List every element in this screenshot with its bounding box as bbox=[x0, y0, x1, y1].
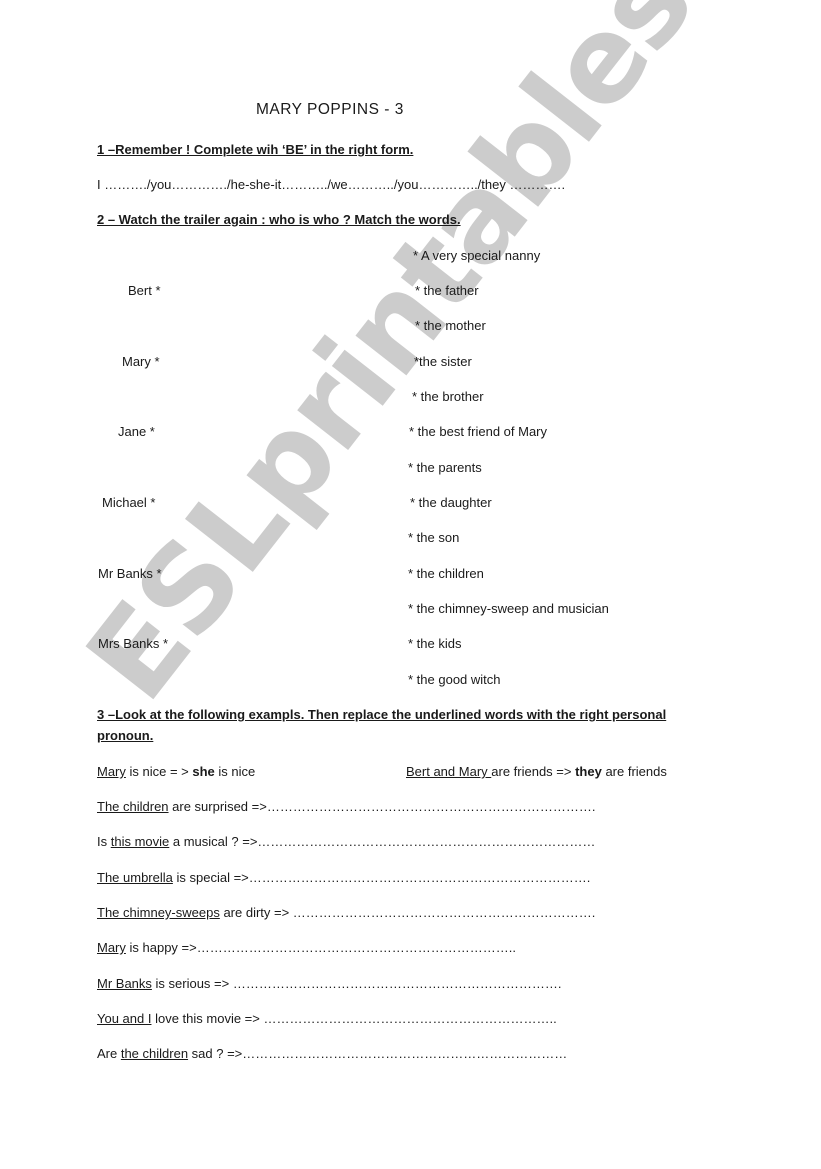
exercise-row: The children are surprised =>……………………………… bbox=[97, 799, 595, 814]
example-text: is nice bbox=[215, 764, 255, 779]
role-item: * the best friend of Mary bbox=[409, 424, 547, 439]
answer-blank: are surprised =>………………………………………………………………… bbox=[169, 799, 596, 814]
role-item: * the mother bbox=[415, 318, 486, 333]
exercise-row: Mary is happy =>………………………………………………………………… bbox=[97, 940, 516, 955]
underlined-words: You and I bbox=[97, 1011, 151, 1026]
example-pronoun: she bbox=[192, 764, 214, 779]
role-item: * A very special nanny bbox=[413, 248, 540, 263]
role-item: * the good witch bbox=[408, 672, 501, 687]
role-item: * the kids bbox=[408, 636, 461, 651]
exercise-row: The chimney-sweeps are dirty => ……………………… bbox=[97, 905, 595, 920]
role-item: * the chimney-sweep and musician bbox=[408, 601, 609, 616]
example-pronoun: they bbox=[575, 764, 602, 779]
role-item: * the brother bbox=[412, 389, 484, 404]
answer-blank: sad ? =>………………………………………………………………… bbox=[188, 1046, 567, 1061]
role-item: * the son bbox=[408, 530, 459, 545]
underlined-words: this movie bbox=[111, 834, 170, 849]
underlined-words: The chimney-sweeps bbox=[97, 905, 220, 920]
answer-blank: is special =>……………………………………………………………………. bbox=[173, 870, 591, 885]
answer-blank: are dirty => ……………………………………………………………. bbox=[220, 905, 596, 920]
section1-be-line: I ………./you…………./he-she-it………../we………../y… bbox=[97, 177, 565, 192]
example-text: are friends bbox=[602, 764, 667, 779]
name-item: Mary * bbox=[122, 354, 160, 369]
role-item: * the daughter bbox=[410, 495, 492, 510]
section1-heading: 1 –Remember ! Complete wih ‘BE’ in the r… bbox=[97, 142, 413, 157]
underlined-words: The children bbox=[97, 799, 169, 814]
answer-blank: is happy =>……………………………………………………………….. bbox=[126, 940, 516, 955]
underlined-words: Bert and Mary bbox=[406, 764, 491, 779]
exercise-row: Are the children sad ? =>………………………………………… bbox=[97, 1046, 567, 1061]
answer-blank: a musical ? =>…………………………………………………………………… bbox=[169, 834, 595, 849]
exercise-row: Is this movie a musical ? =>………………………………… bbox=[97, 834, 595, 849]
page-title: MARY POPPINS - 3 bbox=[256, 101, 404, 119]
underlined-words: Mary bbox=[97, 940, 126, 955]
example-2: Bert and Mary are friends => they are fr… bbox=[406, 764, 667, 779]
example-1: Mary is nice = > she is nice bbox=[97, 764, 255, 779]
underlined-words: the children bbox=[121, 1046, 188, 1061]
section2-heading: 2 – Watch the trailer again : who is who… bbox=[97, 212, 461, 227]
exercise-row: The umbrella is special =>……………………………………… bbox=[97, 870, 590, 885]
underlined-words: Mary bbox=[97, 764, 126, 779]
name-item: Bert * bbox=[128, 283, 161, 298]
answer-blank: is serious => …………………………………………………………………. bbox=[152, 976, 562, 991]
underlined-words: Mr Banks bbox=[97, 976, 152, 991]
example-text: are friends => bbox=[491, 764, 575, 779]
exercise-text: Are bbox=[97, 1046, 121, 1061]
underlined-words: The umbrella bbox=[97, 870, 173, 885]
exercise-row: You and I love this movie => ……………………………… bbox=[97, 1011, 557, 1026]
section3-heading-line2: pronoun. bbox=[97, 728, 153, 743]
role-item: * the children bbox=[408, 566, 484, 581]
role-item: *the sister bbox=[414, 354, 472, 369]
role-item: * the parents bbox=[408, 460, 482, 475]
role-item: * the father bbox=[415, 283, 479, 298]
exercise-row: Mr Banks is serious => ……………………………………………… bbox=[97, 976, 561, 991]
answer-blank: love this movie => ………………………………………………………… bbox=[151, 1011, 556, 1026]
name-item: Mr Banks * bbox=[98, 566, 162, 581]
section3-heading-line1: 3 –Look at the following exampls. Then r… bbox=[97, 707, 666, 722]
name-item: Michael * bbox=[102, 495, 155, 510]
example-text: is nice = > bbox=[126, 764, 192, 779]
exercise-text: Is bbox=[97, 834, 111, 849]
worksheet-content: MARY POPPINS - 3 1 –Remember ! Complete … bbox=[0, 0, 821, 1169]
name-item: Mrs Banks * bbox=[98, 636, 168, 651]
name-item: Jane * bbox=[118, 424, 155, 439]
worksheet-page: ESLprintables.com MARY POPPINS - 3 1 –Re… bbox=[0, 0, 821, 1169]
